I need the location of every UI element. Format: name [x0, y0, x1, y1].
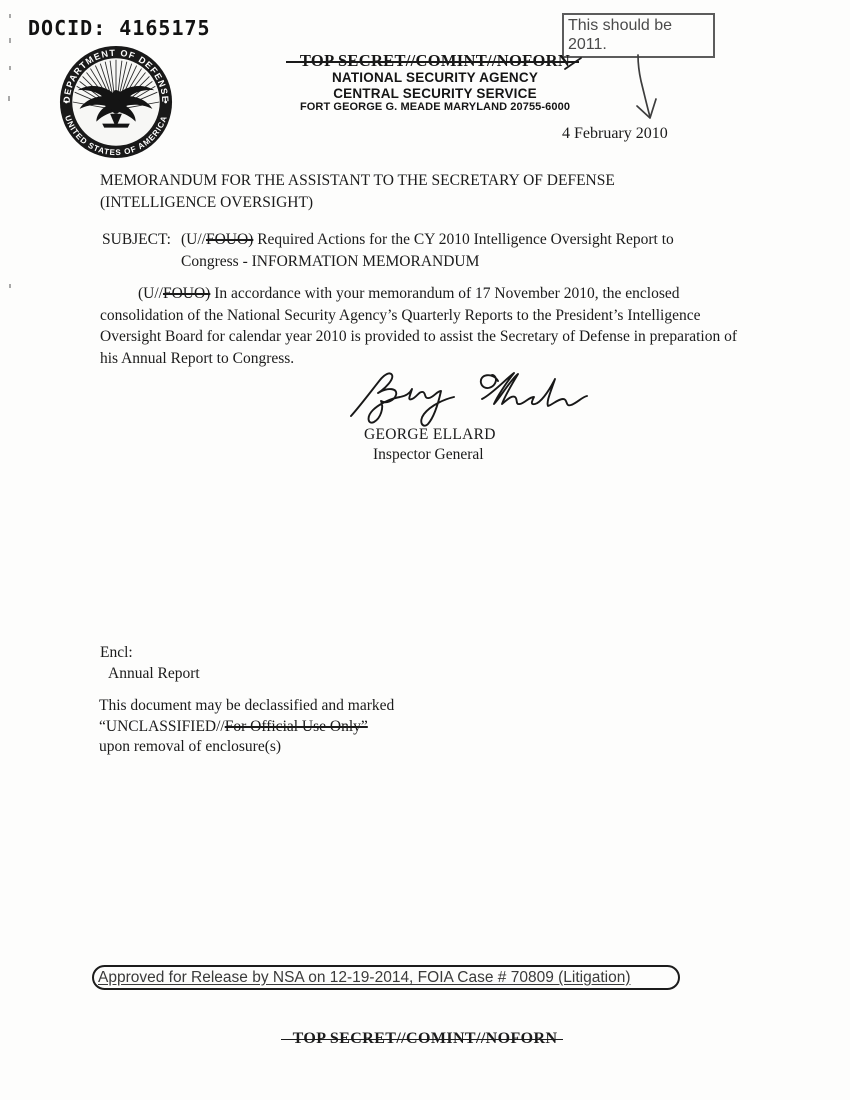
- foia-release-stamp: Approved for Release by NSA on 12-19-201…: [92, 965, 680, 990]
- body-classification-prefix: (U//: [138, 285, 163, 302]
- annotation-line1: This should be: [568, 16, 713, 35]
- foia-release-text: Approved for Release by NSA on 12-19-201…: [98, 969, 631, 987]
- subject-block: SUBJECT: (U//FOUO) Required Actions for …: [102, 229, 762, 272]
- docid-stamp: DOCID: 4165175: [28, 16, 211, 40]
- enclosure-block: Encl: Annual Report: [100, 642, 200, 684]
- signer-name: GEORGE ELLARD: [364, 426, 496, 444]
- annotation-arrow: [0, 0, 850, 1100]
- agency-name-line1: NATIONAL SECURITY AGENCY: [255, 70, 615, 86]
- agency-name-line2: CENTRAL SECURITY SERVICE: [255, 86, 615, 102]
- enclosure-label: Encl:: [100, 642, 200, 663]
- memorandum-addressee: MEMORANDUM FOR THE ASSISTANT TO THE SECR…: [100, 170, 740, 213]
- addressee-line2: (INTELLIGENCE OVERSIGHT): [100, 192, 740, 214]
- agency-address: FORT GEORGE G. MEADE MARYLAND 20755-6000: [255, 101, 615, 114]
- subject-classification-struck: FOUO): [206, 231, 253, 248]
- declassification-note: This document may be declassified and ma…: [99, 696, 394, 758]
- note-unclassified-prefix: “UNCLASSIFIED//: [99, 718, 225, 735]
- document-date: 4 February 2010: [562, 125, 668, 143]
- addressee-line1: MEMORANDUM FOR THE ASSISTANT TO THE SECR…: [100, 170, 740, 192]
- classification-text: TOP SECRET//COMINT//NOFORN: [300, 51, 570, 70]
- classification-banner-top: TOP SECRET//COMINT//NOFORN: [255, 51, 615, 70]
- subject-text: (U//FOUO) Required Actions for the CY 20…: [181, 229, 674, 272]
- declassification-note-line1: This document may be declassified and ma…: [99, 696, 394, 717]
- body-paragraph: (U//FOUO) In accordance with your memora…: [100, 283, 752, 369]
- letterhead: TOP SECRET//COMINT//NOFORN NATIONAL SECU…: [255, 51, 615, 114]
- subject-line1: Required Actions for the CY 2010 Intelli…: [253, 231, 673, 248]
- document-page: DOCID: 4165175 This should be 2011.: [0, 0, 850, 1100]
- declassification-note-line3: upon removal of enclosure(s): [99, 737, 394, 758]
- body-classification-struck: FOUO): [163, 285, 210, 302]
- footer-classification-text: TOP SECRET//COMINT//NOFORN: [293, 1030, 558, 1047]
- declassification-note-line2: “UNCLASSIFIED//For Official Use Only”: [99, 717, 394, 738]
- subject-label: SUBJECT:: [102, 229, 171, 272]
- subject-classification-prefix: (U//: [181, 231, 206, 248]
- signer-title: Inspector General: [373, 446, 484, 464]
- department-of-defense-seal: DEPARTMENT OF DEFENSE UNITED STATES OF A…: [57, 43, 175, 161]
- classification-banner-bottom: TOP SECRET//COMINT//NOFORN: [0, 1030, 850, 1048]
- subject-line2: Congress - INFORMATION MEMORANDUM: [181, 253, 479, 270]
- handwritten-signature: [346, 366, 626, 430]
- note-fouo-struck: For Official Use Only”: [225, 718, 368, 735]
- enclosure-item: Annual Report: [100, 663, 200, 684]
